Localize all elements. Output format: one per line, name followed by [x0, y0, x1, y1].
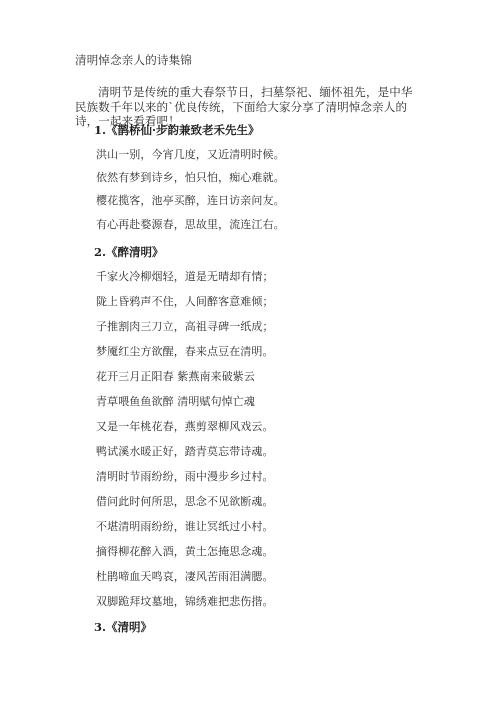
poem-line: 不堪清明雨纷纷，谁让冥纸过小村。 [96, 519, 274, 535]
poem-line: 陇上昏鸦声不住，人间醉客意难倾； [96, 294, 274, 310]
poem-line: 双脚跪拜坟墓地，锦绣难把悲伤揩。 [96, 594, 274, 610]
poem-line: 杜鹃啼血天鸣哀，凄风苦雨泪满腮。 [96, 569, 274, 585]
section-heading-2: 2.《醉清明》 [94, 244, 164, 260]
document-page: 清明悼念亲人的诗集锦 清明节是传统的重大春祭节日，扫墓祭祀、缅怀祖先，是中华民族… [0, 0, 500, 708]
poem-line: 鸭试溪水暖正好，踏青莫忘带诗魂。 [96, 444, 274, 460]
document-title: 清明悼念亲人的诗集锦 [75, 52, 192, 68]
poem-line: 又是一年桃花春，燕剪翠柳风戏云。 [96, 419, 274, 435]
section-heading-3: 3.《清明》 [94, 619, 152, 635]
poem-line: 依然有梦到诗乡，怕只怕，痴心难就。 [96, 170, 285, 186]
poem-line: 清明时节雨纷纷，雨中漫步乡过村。 [96, 469, 274, 485]
poem-line: 花开三月正阳春 紫燕南来破紫云 [96, 369, 255, 385]
poem-line: 洪山一别，今宵几度，又近清明时候。 [96, 147, 285, 163]
poem-line: 梦魇红尘方欲醒，春来点豆在清明。 [96, 344, 274, 360]
section-heading-1: 1.《鹊桥仙·步韵兼致老禾先生》 [94, 122, 260, 138]
poem-line: 子推割肉三刀立，高祖寻碑一纸成； [96, 319, 274, 335]
poem-line: 樱花揽客，池亭买醉，连日访亲问友。 [96, 193, 285, 209]
poem-line: 青草喂鱼鱼欲醉 清明赋句悼亡魂 [96, 394, 255, 410]
poem-line: 摘得柳花醉入酒，黄土怎掩思念魂。 [96, 544, 274, 560]
poem-line: 借问此时何所思，思念不见欲断魂。 [96, 494, 274, 510]
poem-line: 千家火冷柳烟轻，道是无晴却有情； [96, 269, 274, 285]
poem-line: 有心再赴婺源春，思故里，流连江右。 [96, 217, 285, 233]
